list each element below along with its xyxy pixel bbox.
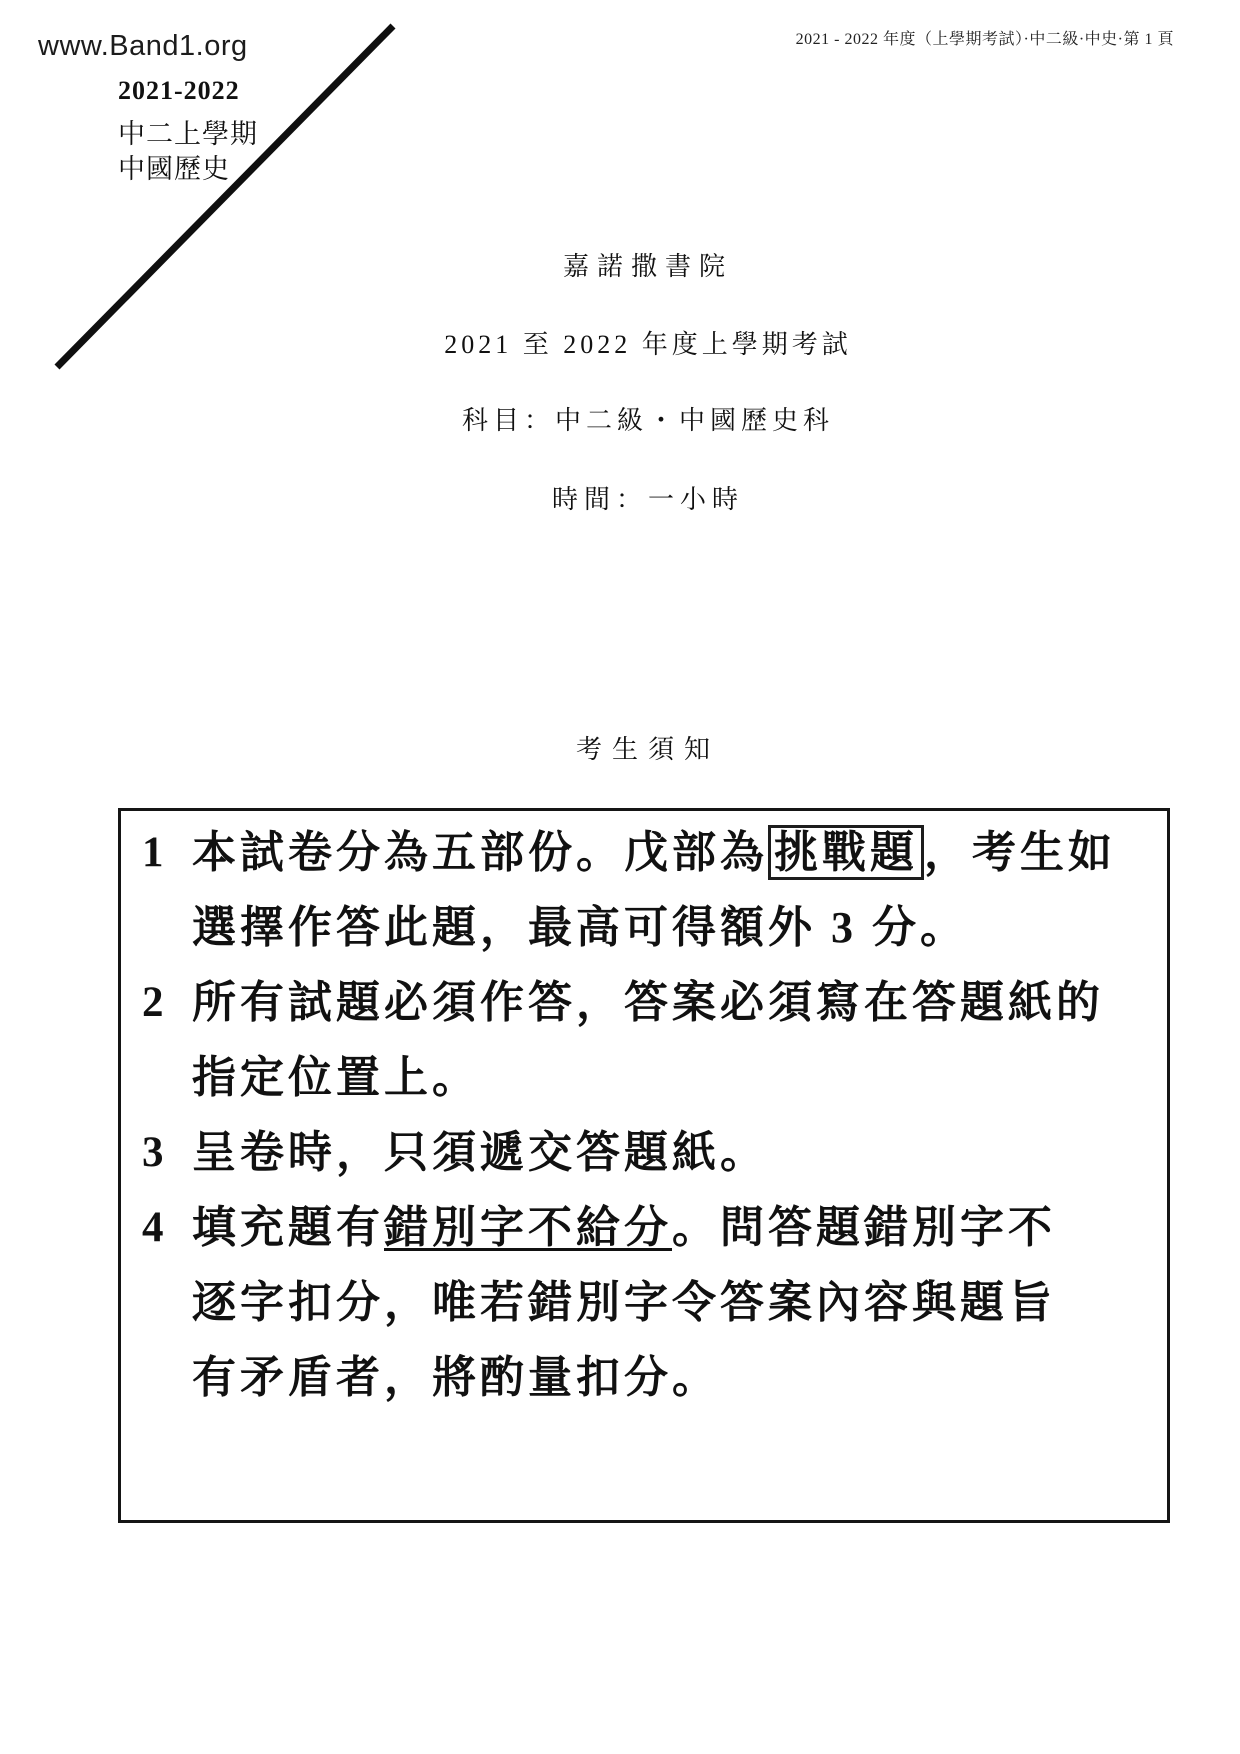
notice-item-2: 2 所有試題必須作答，答案必須寫在答題紙的 指定位置上。 [121, 965, 1167, 1115]
school-name: 嘉諾撒書院 [56, 246, 1240, 283]
notice-line: 填充題有錯別字不給分。問答題錯別字不 [192, 1190, 1056, 1265]
underlined-term: 錯別字不給分 [384, 1203, 672, 1252]
notice-number: 3 [121, 1115, 192, 1190]
notice-number: 1 [121, 815, 192, 890]
notice-line: 逐字扣分，唯若錯別字令答案內容與題旨 [192, 1265, 1056, 1340]
notice-number: 4 [121, 1190, 192, 1265]
page-header-right: 2021 - 2022 年度（上學期考試）·中二級·中史·第 1 頁 [796, 26, 1174, 49]
notice-text-segment: 本試卷分為五部份。戊部為 [192, 828, 768, 877]
watermark-term-label: 中二上學期 [118, 112, 258, 151]
notice-line: 指定位置上。 [192, 1040, 1104, 1115]
time-line: 時間：一小時 [56, 479, 1240, 516]
notice-text-segment: 填充題有 [192, 1203, 384, 1252]
subject-line: 科目：中二級・中國歷史科 [56, 400, 1240, 437]
notice-item-3: 3 呈卷時，只須遞交答題紙。 [121, 1115, 1167, 1190]
notice-line: 呈卷時，只須遞交答題紙。 [192, 1115, 768, 1190]
notice-item-1: 1 本試卷分為五部份。戊部為挑戰題，考生如 選擇作答此題，最高可得額外 3 分。 [121, 815, 1167, 965]
notice-line: 有矛盾者，將酌量扣分。 [192, 1340, 1056, 1415]
notice-line: 選擇作答此題，最高可得額外 3 分。 [192, 890, 1116, 965]
exam-title: 2021 至 2022 年度上學期考試 [56, 324, 1240, 361]
watermark-year-range: 2021-2022 [118, 76, 240, 106]
notice-number: 2 [121, 965, 192, 1040]
notice-line: 本試卷分為五部份。戊部為挑戰題，考生如 [192, 815, 1116, 890]
watermark-site-text: www.Band1.org [38, 30, 248, 63]
notice-title: 考生須知 [56, 729, 1240, 766]
boxed-term: 挑戰題 [768, 825, 924, 880]
watermark-subject-label: 中國歷史 [118, 147, 230, 186]
notice-item-4: 4 填充題有錯別字不給分。問答題錯別字不 逐字扣分，唯若錯別字令答案內容與題旨 … [121, 1190, 1167, 1415]
notice-box: 1 本試卷分為五部份。戊部為挑戰題，考生如 選擇作答此題，最高可得額外 3 分。… [118, 808, 1170, 1523]
notice-line: 所有試題必須作答，答案必須寫在答題紙的 [192, 965, 1104, 1040]
notice-text-segment: 。問答題錯別字不 [672, 1203, 1056, 1252]
notice-text-segment: ，考生如 [924, 828, 1116, 877]
